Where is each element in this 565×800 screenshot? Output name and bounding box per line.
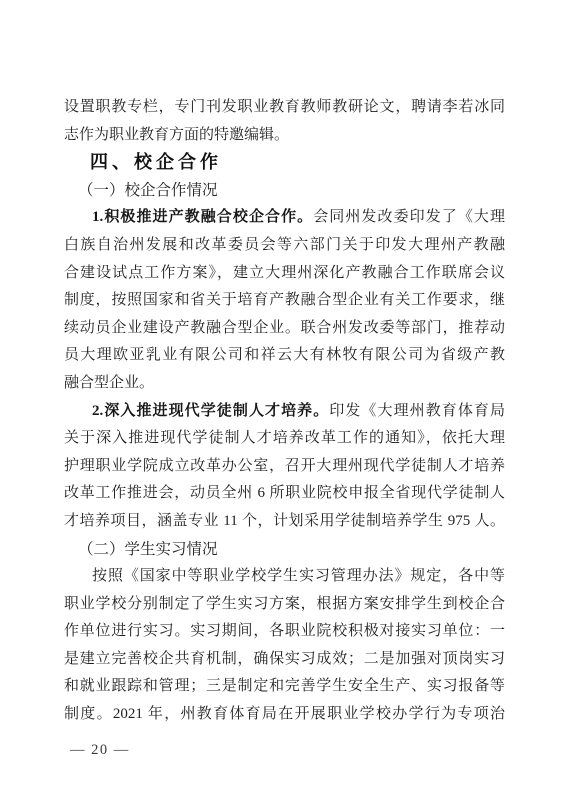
body-line: 关于深入推进现代学徒制人才培养改革工作的通知》，依托大理: [64, 425, 505, 453]
body-line: 员大理欧亚乳业有限公司和祥云大有林牧有限公司为省级产教: [64, 342, 505, 370]
body-line: 制度，按照国家和省关于培育产教融合型企业有关工作要求，继: [64, 287, 505, 315]
paragraph-lead: 1.积极推进产教融合校企合作。: [92, 209, 313, 225]
body-line: 职业学校分别制定了学生实习方案，根据方案安排学生到校企合: [64, 591, 505, 619]
body-text: 印发《大理州教育体育局: [329, 403, 505, 419]
body-line: 设置职教专栏，专门刊发职业教育教师教研论文，聘请李若冰同: [64, 94, 505, 122]
body-line: 白族自治州发展和改革委员会等六部门关于印发大理州产教融: [64, 232, 505, 260]
subsection-heading: （二）学生实习情况: [64, 536, 505, 564]
body-line: 融合型企业。: [64, 370, 505, 398]
subsection-heading: （一）校企合作情况: [64, 177, 505, 205]
body-line: 制度。2021 年，州教育体育局在开展职业学校办学行为专项治: [64, 701, 505, 729]
document-page: 设置职教专栏，专门刊发职业教育教师教研论文，聘请李若冰同 志作为职业教育方面的特…: [0, 0, 565, 800]
body-line: 1.积极推进产教融合校企合作。会同州发改委印发了《大理: [64, 204, 505, 232]
body-line: 和就业跟踪和管理；三是制定和完善学生安全生产、实习报备等: [64, 673, 505, 701]
body-line: 合建设试点工作方案》，建立大理州深化产教融合工作联席会议: [64, 260, 505, 288]
body-line: 志作为职业教育方面的特邀编辑。: [64, 122, 505, 150]
body-line: 续动员企业建设产教融合型企业。联合州发改委等部门，推荐动: [64, 315, 505, 343]
body-line: 2.深入推进现代学徒制人才培养。印发《大理州教育体育局: [64, 398, 505, 426]
body-line: 是建立完善校企共育机制，确保实习成效；二是加强对顶岗实习: [64, 646, 505, 674]
body-line: 护理职业学院成立改革办公室，召开大理州现代学徒制人才培养: [64, 453, 505, 481]
page-number: — 20 —: [70, 740, 130, 760]
paragraph-lead: 2.深入推进现代学徒制人才培养。: [92, 403, 329, 419]
section-heading: 四、校企合作: [64, 149, 505, 177]
document-body: 设置职教专栏，专门刊发职业教育教师教研论文，聘请李若冰同 志作为职业教育方面的特…: [64, 94, 505, 729]
body-line: 作单位进行实习。实习期间，各职业院校积极对接实习单位：一: [64, 618, 505, 646]
body-line: 才培养项目，涵盖专业 11 个，计划采用学徒制培养学生 975 人。: [64, 508, 505, 536]
body-text: 会同州发改委印发了《大理: [313, 209, 505, 225]
body-line: 改革工作推进会，动员全州 6 所职业院校申报全省现代学徒制人: [64, 480, 505, 508]
body-line: 按照《国家中等职业学校学生实习管理办法》规定，各中等: [64, 563, 505, 591]
